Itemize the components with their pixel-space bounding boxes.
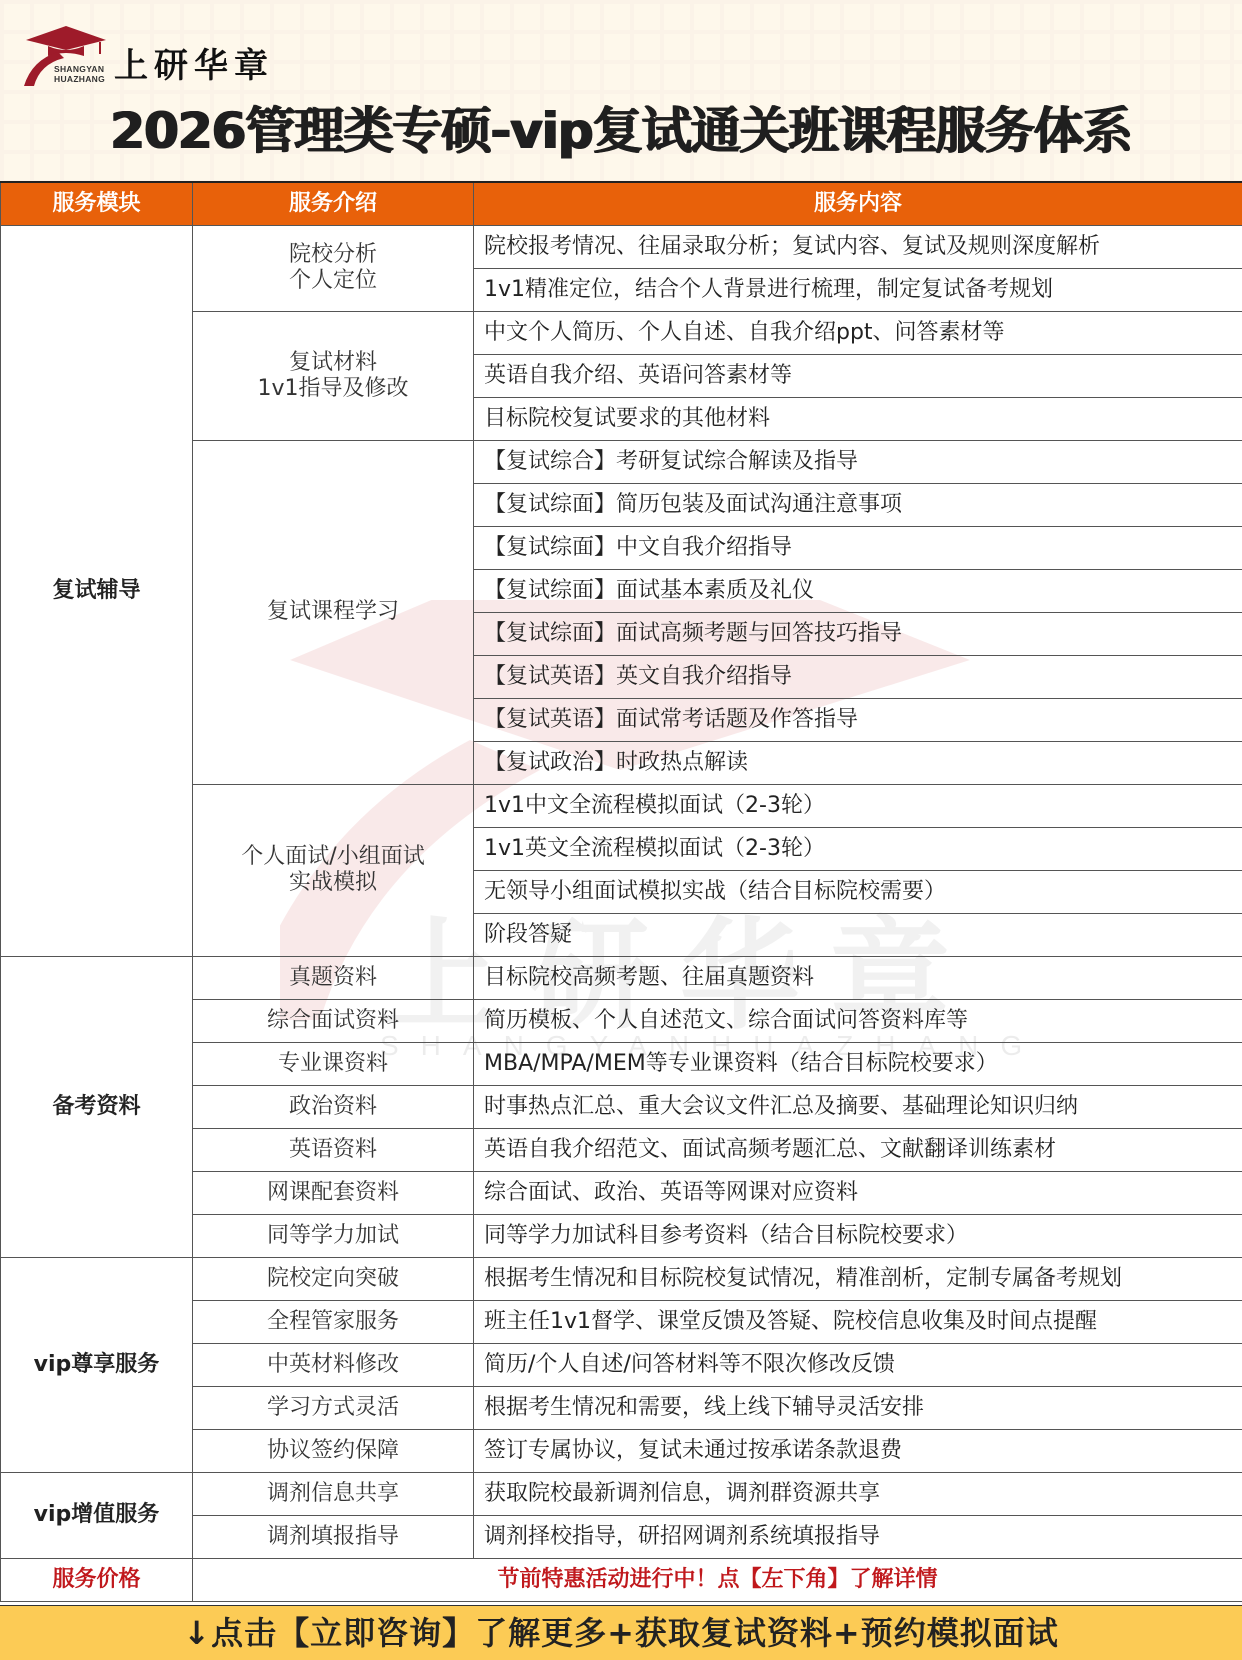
content-cell: 【复试综面】中文自我介绍指导 (474, 526, 1242, 569)
intro-cell: 复试课程学习 (193, 440, 474, 784)
intro-cell: 英语资料 (193, 1128, 474, 1171)
module-cell: vip增值服务 (1, 1472, 193, 1558)
intro-cell: 同等学力加试 (193, 1214, 474, 1257)
module-cell: 备考资料 (1, 956, 193, 1257)
content-cell: 【复试政治】时政热点解读 (474, 741, 1242, 784)
content-cell: 院校报考情况、往届录取分析；复试内容、复试及规则深度解析 (474, 225, 1242, 268)
content-cell: 简历/个人自述/问答材料等不限次修改反馈 (474, 1343, 1242, 1386)
content-cell: 阶段答疑 (474, 913, 1242, 956)
table-row: 备考资料 真题资料 目标院校高频考题、往届真题资料 (1, 956, 1242, 999)
content-cell: 签订专属协议，复试未通过按承诺条款退费 (474, 1429, 1242, 1472)
content-cell: 英语自我介绍范文、面试高频考题汇总、文献翻译训练素材 (474, 1128, 1242, 1171)
intro-cell: 调剂信息共享 (193, 1472, 474, 1515)
page-title: 2026管理类专硕-vip复试通关班课程服务体系 (0, 98, 1242, 164)
header-module: 服务模块 (1, 182, 193, 225)
intro-cell: 综合面试资料 (193, 999, 474, 1042)
content-cell: 1v1中文全流程模拟面试（2-3轮） (474, 784, 1242, 827)
content-cell: 根据考生情况和目标院校复试情况，精准剖析，定制专属备考规划 (474, 1257, 1242, 1300)
content-cell: 中文个人简历、个人自述、自我介绍ppt、问答素材等 (474, 311, 1242, 354)
content-cell: 班主任1v1督学、课堂反馈及答疑、院校信息收集及时间点提醒 (474, 1300, 1242, 1343)
intro-cell: 个人面试/小组面试 实战模拟 (193, 784, 474, 956)
intro-cell: 学习方式灵活 (193, 1386, 474, 1429)
intro-cell: 政治资料 (193, 1085, 474, 1128)
content-cell: 【复试综面】面试高频考题与回答技巧指导 (474, 612, 1242, 655)
intro-cell: 复试材料 1v1指导及修改 (193, 311, 474, 440)
header-content: 服务内容 (474, 182, 1242, 225)
content-cell: 调剂择校指导，研招网调剂系统填报指导 (474, 1515, 1242, 1558)
content-cell: MBA/MPA/MEM等专业课资料（结合目标院校要求） (474, 1042, 1242, 1085)
table-header-row: 服务模块 服务介绍 服务内容 (1, 182, 1242, 225)
consult-cta-banner[interactable]: ↓点击【立即咨询】了解更多+获取复试资料+预约模拟面试 (0, 1605, 1242, 1660)
module-cell: vip尊享服务 (1, 1257, 193, 1472)
price-promo-link[interactable]: 节前特惠活动进行中！点【左下角】了解详情 (193, 1558, 1242, 1601)
intro-cell: 全程管家服务 (193, 1300, 474, 1343)
content-cell: 【复试英语】面试常考话题及作答指导 (474, 698, 1242, 741)
content-cell: 【复试综面】面试基本素质及礼仪 (474, 569, 1242, 612)
content-cell: 1v1精准定位，结合个人背景进行梳理，制定复试备考规划 (474, 268, 1242, 311)
intro-cell: 院校分析 个人定位 (193, 225, 474, 311)
intro-cell: 协议签约保障 (193, 1429, 474, 1472)
content-cell: 1v1英文全流程模拟面试（2-3轮） (474, 827, 1242, 870)
intro-cell: 专业课资料 (193, 1042, 474, 1085)
content-cell: 根据考生情况和需要，线上线下辅导灵活安排 (474, 1386, 1242, 1429)
content-cell: 无领导小组面试模拟实战（结合目标院校需要） (474, 870, 1242, 913)
header-intro: 服务介绍 (193, 182, 474, 225)
intro-cell: 中英材料修改 (193, 1343, 474, 1386)
service-table: 服务模块 服务介绍 服务内容 复试辅导 院校分析 个人定位 院校报考情况、往届录… (0, 181, 1242, 1602)
content-cell: 目标院校复试要求的其他材料 (474, 397, 1242, 440)
content-cell: 目标院校高频考题、往届真题资料 (474, 956, 1242, 999)
content-cell: 【复试英语】英文自我介绍指导 (474, 655, 1242, 698)
content-cell: 时事热点汇总、重大会议文件汇总及摘要、基础理论知识归纳 (474, 1085, 1242, 1128)
intro-cell: 真题资料 (193, 956, 474, 999)
price-row: 服务价格 节前特惠活动进行中！点【左下角】了解详情 (1, 1558, 1242, 1601)
content-cell: 英语自我介绍、英语问答素材等 (474, 354, 1242, 397)
table-row: vip尊享服务 院校定向突破 根据考生情况和目标院校复试情况，精准剖析，定制专属… (1, 1257, 1242, 1300)
intro-cell: 院校定向突破 (193, 1257, 474, 1300)
content-cell: 获取院校最新调剂信息，调剂群资源共享 (474, 1472, 1242, 1515)
content-cell: 【复试综面】简历包装及面试沟通注意事项 (474, 483, 1242, 526)
intro-cell: 网课配套资料 (193, 1171, 474, 1214)
table-row: vip增值服务 调剂信息共享 获取院校最新调剂信息，调剂群资源共享 (1, 1472, 1242, 1515)
content-cell: 综合面试、政治、英语等网课对应资料 (474, 1171, 1242, 1214)
intro-cell: 调剂填报指导 (193, 1515, 474, 1558)
content-cell: 【复试综合】考研复试综合解读及指导 (474, 440, 1242, 483)
module-cell: 复试辅导 (1, 225, 193, 956)
brand-name-en: SHANGYAN HUAZHANG (54, 64, 105, 84)
content-cell: 同等学力加试科目参考资料（结合目标院校要求） (474, 1214, 1242, 1257)
brand-logo: SHANGYAN HUAZHANG 上研华章 (18, 22, 278, 88)
table-row: 复试辅导 院校分析 个人定位 院校报考情况、往届录取分析；复试内容、复试及规则深… (1, 225, 1242, 268)
brand-name-cn: 上研华章 (114, 46, 274, 86)
content-cell: 简历模板、个人自述范文、综合面试问答资料库等 (474, 999, 1242, 1042)
price-label: 服务价格 (1, 1558, 193, 1601)
